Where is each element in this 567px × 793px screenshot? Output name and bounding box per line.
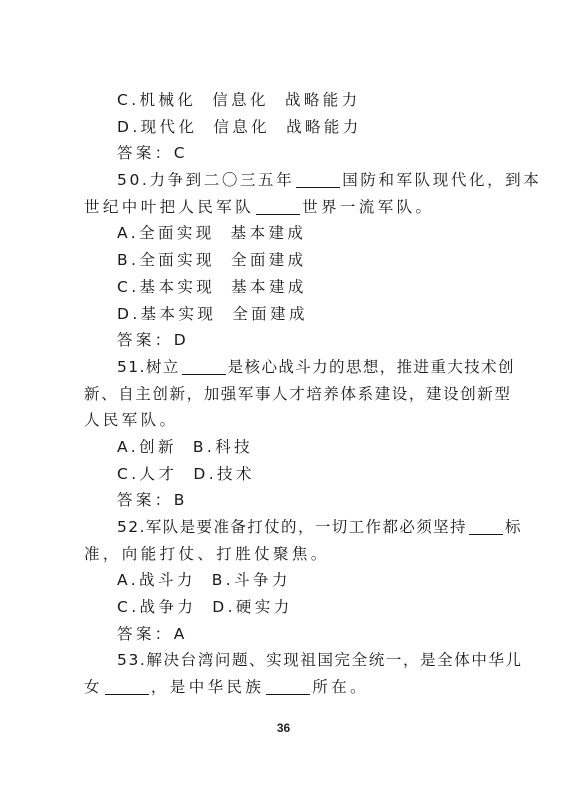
q50-option-b: B.全面实现全面建成: [84, 247, 486, 274]
question-text: 50.力争到二〇三五年: [117, 171, 294, 189]
question-text: 国防和军队现代化，到本: [342, 171, 541, 189]
q50-question-line1: 50.力争到二〇三五年国防和军队现代化，到本: [84, 167, 486, 194]
option-text: 信息化: [213, 118, 270, 136]
q49-option-c: C.机械化信息化战略能力: [84, 87, 486, 114]
question-text: 女: [84, 678, 103, 696]
option-text: A.创新: [117, 438, 177, 456]
option-text: C.基本实现: [117, 278, 215, 296]
q50-option-c: C.基本实现基本建成: [84, 274, 486, 301]
option-text: 信息化: [212, 91, 269, 109]
option-text: B.全面实现: [117, 251, 215, 269]
question-text: 所在。: [312, 678, 369, 696]
q50-answer: 答案：D: [84, 327, 486, 354]
q51-question-line1: 51.树立是核心战斗力的思想，推进重大技术创: [84, 354, 486, 381]
q50-question-line2: 世纪中叶把人民军队世界一流军队。: [84, 194, 486, 221]
option-text: 战略能力: [286, 118, 362, 136]
option-text: D.硬实力: [212, 598, 292, 616]
q53-question-line1: 53.解决台湾问题、实现祖国完全统一，是全体中华儿: [84, 647, 486, 674]
option-text: 全面建成: [232, 305, 308, 323]
fill-blank: [182, 357, 226, 375]
question-text: 51.树立: [117, 358, 180, 376]
fill-blank: [296, 170, 340, 188]
question-text: 是核心战斗力的思想，推进重大技术创: [228, 358, 515, 376]
option-text: 全面建成: [231, 251, 307, 269]
q50-option-a: A.全面实现基本建成: [84, 220, 486, 247]
q49-answer: 答案：C: [84, 140, 486, 167]
question-text: 世界一流军队。: [302, 198, 434, 216]
q52-question-line1: 52.军队是要准备打仗的，一切工作都必须坚持标: [84, 514, 486, 541]
option-text: C.机械化: [117, 91, 196, 109]
q51-answer: 答案：B: [84, 487, 486, 514]
option-text: C.战争力: [117, 598, 196, 616]
q51-options-row2: C.人才D.技术: [84, 461, 486, 488]
option-text: B.科技: [193, 438, 253, 456]
q49-option-d: D.现代化信息化战略能力: [84, 114, 486, 141]
page-number: 36: [0, 721, 567, 735]
q53-question-line2: 女，是中华民族所在。: [84, 674, 486, 701]
q52-options-row2: C.战争力D.硬实力: [84, 594, 486, 621]
q51-question-line2: 新、自主创新，加强军事人才培养体系建设，建设创新型: [84, 381, 486, 408]
q51-question-line3: 人民军队。: [84, 407, 486, 434]
option-text: A.战斗力: [117, 571, 196, 589]
q51-options-row1: A.创新B.科技: [84, 434, 486, 461]
question-text: 世纪中叶把人民军队: [84, 198, 254, 216]
option-text: 战略能力: [285, 91, 361, 109]
q52-answer: 答案：A: [84, 621, 486, 648]
document-page: C.机械化信息化战略能力 D.现代化信息化战略能力 答案：C 50.力争到二〇三…: [84, 87, 486, 701]
option-text: A.全面实现: [117, 224, 215, 242]
option-text: D.现代化: [117, 118, 197, 136]
question-text: 标: [505, 518, 522, 536]
option-text: 基本建成: [231, 224, 307, 242]
fill-blank: [105, 677, 149, 695]
option-text: B.斗争力: [212, 571, 291, 589]
question-text: 52.军队是要准备打仗的，一切工作都必须坚持: [117, 518, 467, 536]
q52-options-row1: A.战斗力B.斗争力: [84, 567, 486, 594]
q52-question-line2: 准，向能打仗、打胜仗聚焦。: [84, 541, 486, 568]
option-text: D.技术: [193, 465, 254, 483]
q50-option-d: D.基本实现全面建成: [84, 301, 486, 328]
fill-blank: [266, 677, 310, 695]
fill-blank: [256, 197, 300, 215]
question-text: ，是中华民族: [151, 678, 264, 696]
fill-blank: [469, 517, 503, 535]
option-text: 基本建成: [231, 278, 307, 296]
option-text: D.基本实现: [117, 305, 216, 323]
option-text: C.人才: [117, 465, 177, 483]
